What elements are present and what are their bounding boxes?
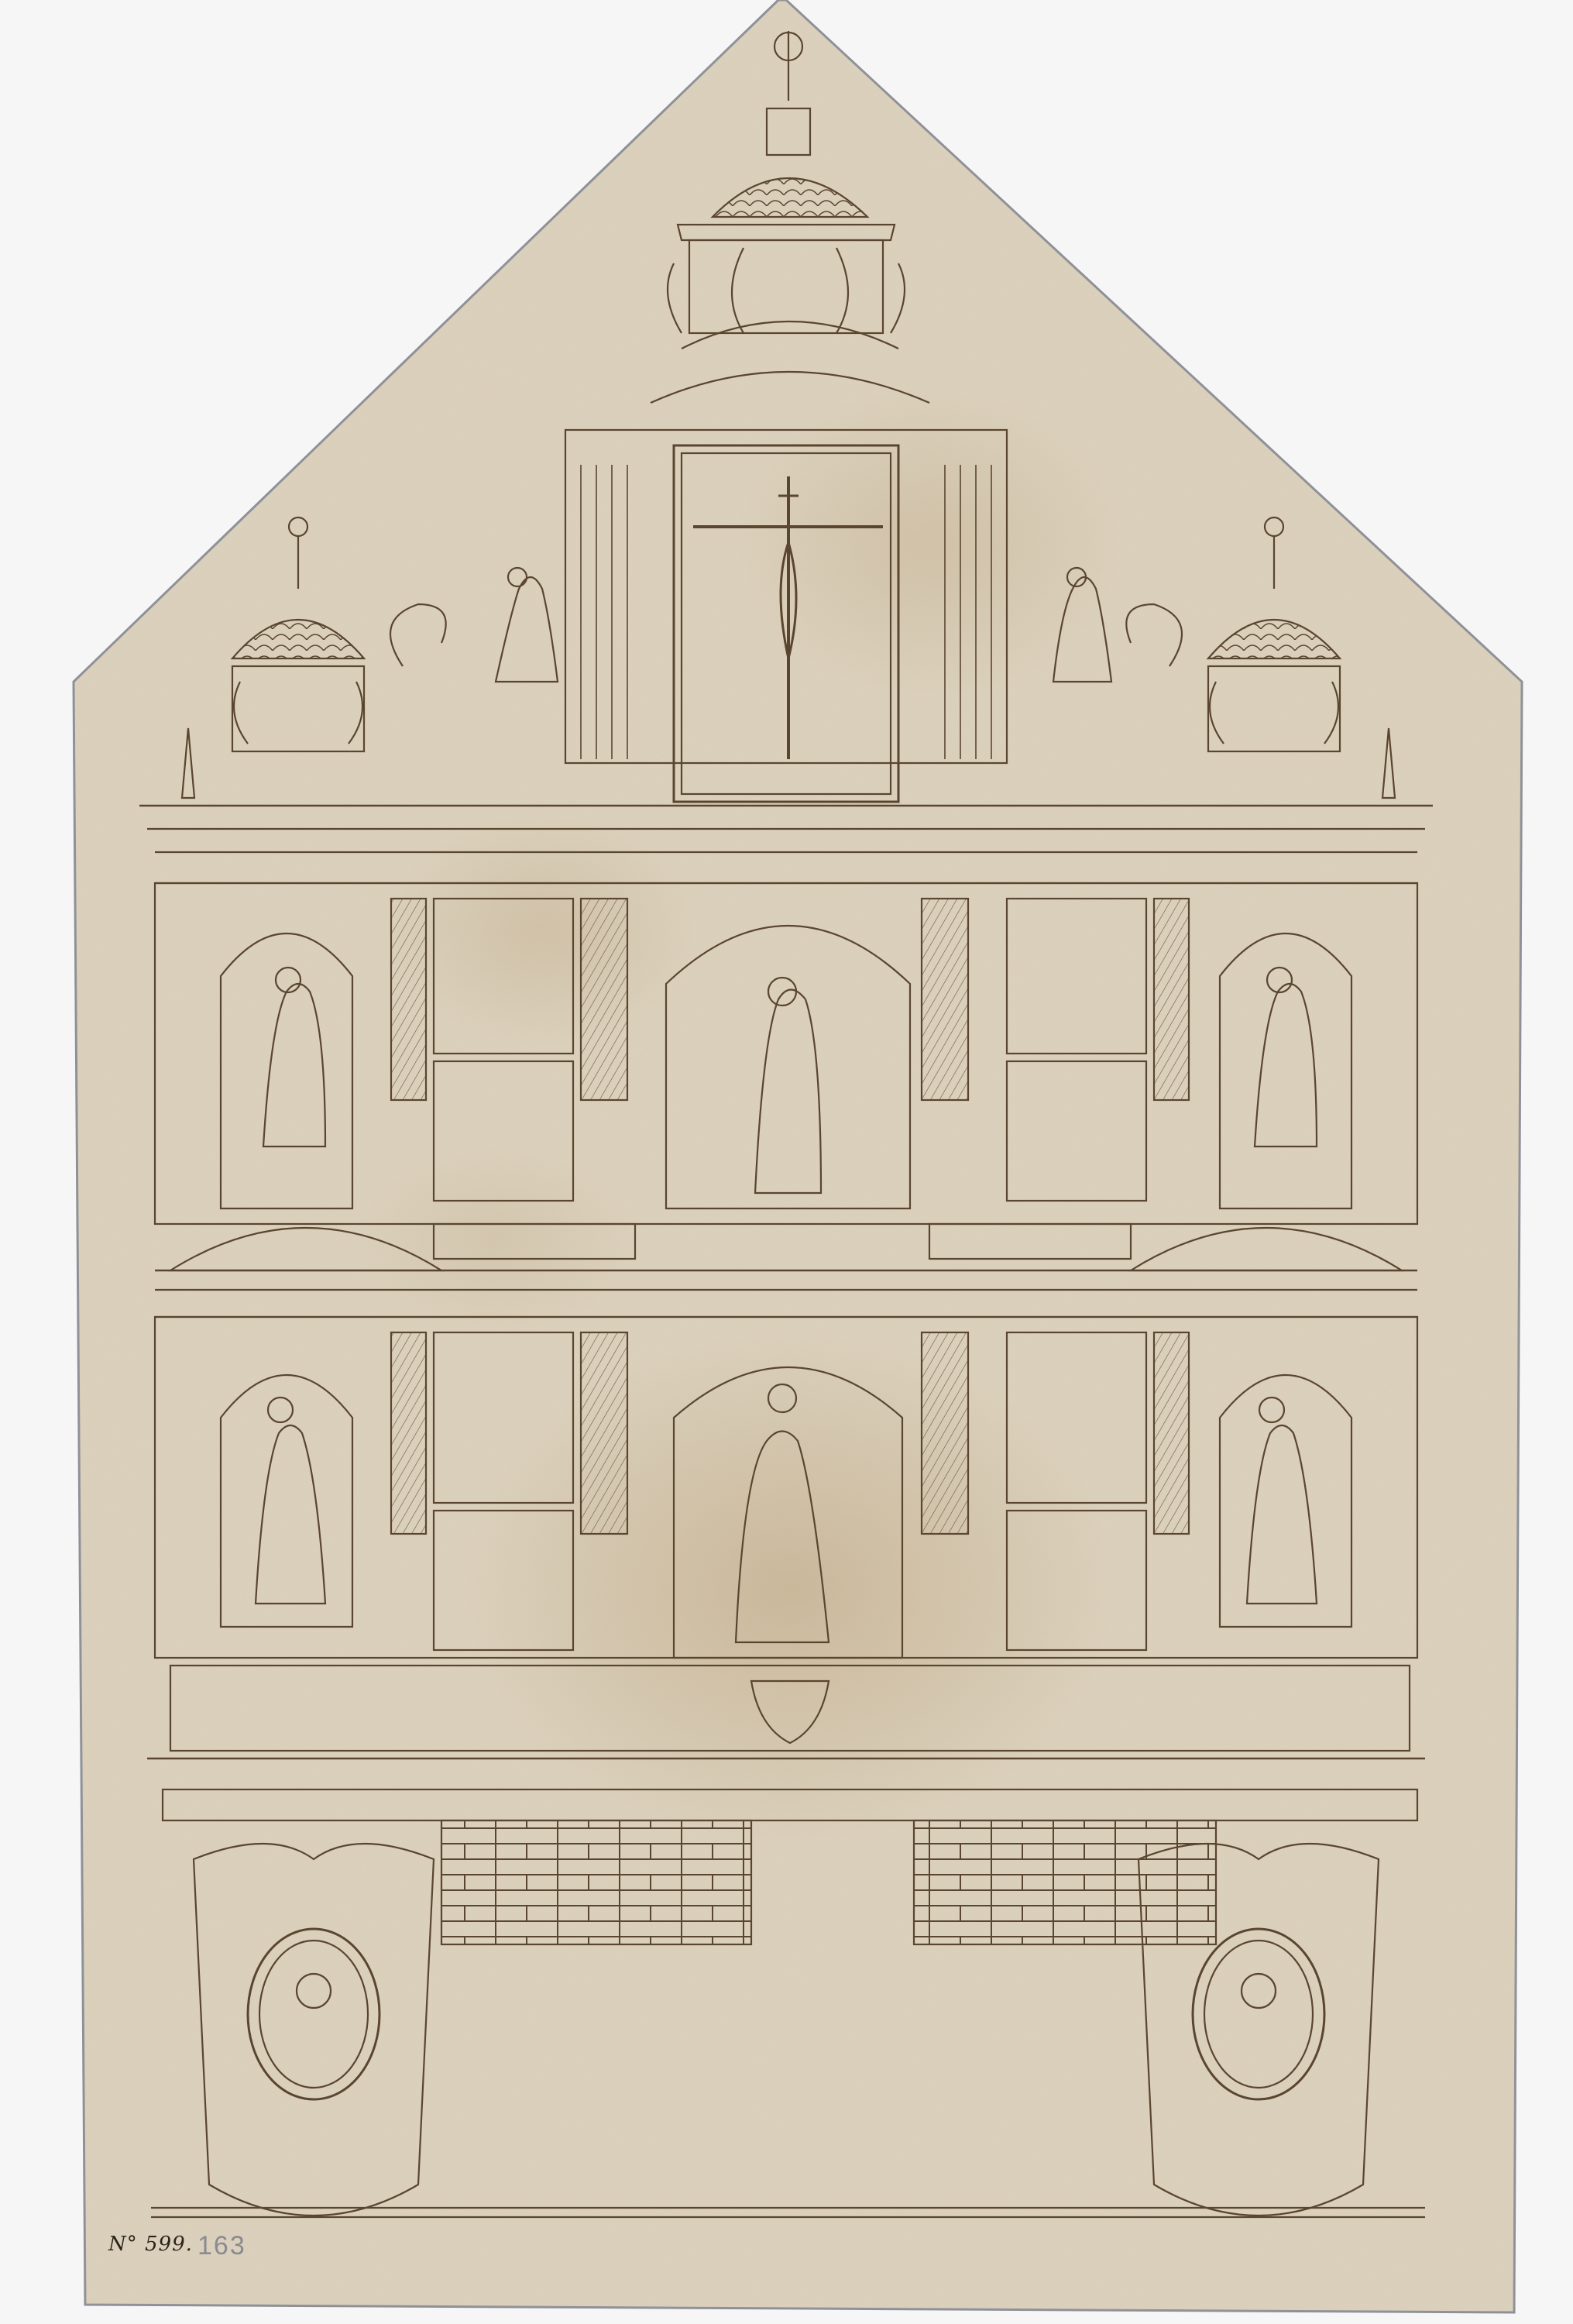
parchment-drawing bbox=[0, 0, 1573, 2324]
retable-drawing: N° 599. 163 bbox=[0, 0, 1573, 2324]
pencil-number: 163 bbox=[197, 2231, 246, 2261]
inventory-number: N° 599. bbox=[108, 2233, 193, 2256]
parchment-sheet bbox=[74, 0, 1522, 2312]
